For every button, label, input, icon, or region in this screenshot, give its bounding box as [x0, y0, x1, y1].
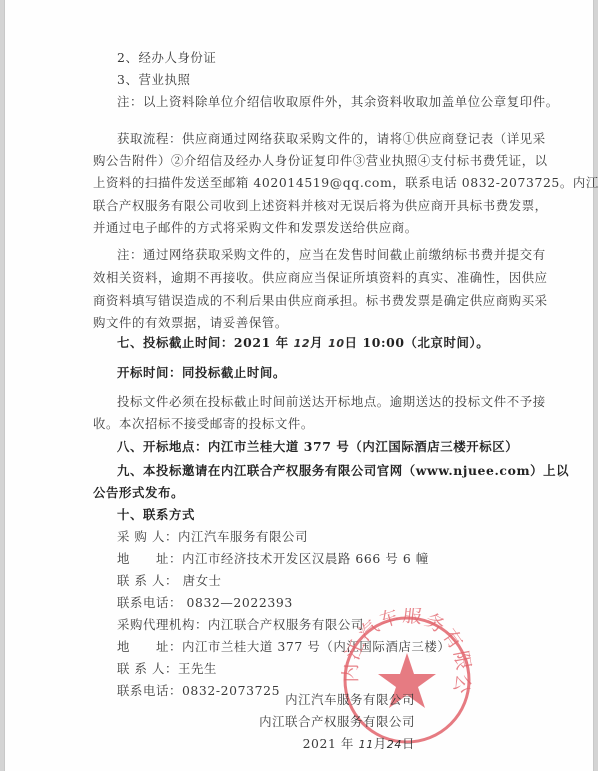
network-note-line: 注：通过网络获取采购文件的，应当在发售时间截止前缴纳标书费并提交有 [117, 245, 546, 263]
deadline-line: 七、投标截止时间：2021 年 12月 10日 10:00（北京时间）。 [117, 333, 489, 351]
document-page: 2、经办人身份证 3、营业执照 注：以上资料除单位介绍信收取原件外，其余资料收取… [4, 0, 594, 771]
deadline-month-handwritten: 12 [294, 337, 311, 350]
date-day-handwritten: 24 [387, 738, 402, 751]
process-line: 获取流程：供应商通过网络获取采购文件的，请将①供应商登记表（详见采 [117, 129, 546, 147]
signature-org-2: 内江联合产权服务有限公司 [259, 712, 415, 730]
signature-org-1: 内江汽车服务有限公司 [285, 690, 415, 708]
material-item-2: 2、经办人身份证 [117, 48, 216, 66]
network-note-line: 购文件的有效票据，请妥善保管。 [93, 313, 288, 331]
process-line: 并通过电子邮件的方式将采购文件和发票发送给供应商。 [93, 218, 418, 236]
date-day-label: 日 [402, 736, 415, 751]
agency-address: 地 址：内江市兰桂大道 377 号（内江国际酒店三楼） [117, 637, 450, 655]
process-line: 上资料的扫描件发送至邮箱 402014519@qq.com，联系电话 0832-… [93, 173, 598, 191]
signature-date: 2021 年 11月24日 [303, 734, 415, 752]
date-month-label: 月 [374, 736, 387, 751]
submission-line: 投标文件必须在投标截止时间前送达开标地点。逾期送达的投标文件不予接 [117, 392, 546, 410]
purchaser-address: 地 址：内江市经济技术开发区汉晨路 666 号 6 幢 [117, 549, 429, 567]
process-line: 购公告附件）②介绍信及经办人身份证复印件③营业执照④支付标书费凭证，以 [93, 151, 548, 169]
deadline-prefix: 七、投标截止时间：2021 年 [117, 335, 289, 350]
deadline-suffix: 日 10:00（北京时间）。 [345, 335, 490, 350]
purchaser-contact: 联 系 人： 唐女士 [117, 571, 222, 589]
agency-phone: 联系电话：0832-2073725 [117, 681, 280, 699]
deadline-month-label: 月 [310, 335, 323, 350]
publish-line: 九、本投标邀请在内江联合产权服务有限公司官网（www.njuee.com）上以 [117, 461, 569, 479]
date-month-handwritten: 11 [359, 738, 374, 751]
material-item-3: 3、营业执照 [117, 70, 190, 88]
process-line: 联合产权服务有限公司收到上述资料并核对无误后将为供应商开具标书费发票， [93, 196, 548, 214]
network-note-line: 效相关资料，逾期不再接收。供应商应当保证所填资料的真实、准确性，因供应 [93, 268, 548, 286]
materials-note: 注：以上资料除单位介绍信收取原件外，其余资料收取加盖单位公章复印件。 [117, 92, 559, 110]
publish-line: 公告形式发布。 [93, 483, 184, 501]
agency-contact: 联 系 人：王先生 [117, 659, 217, 677]
opening-location: 八、开标地点：内江市兰桂大道 377 号（内江国际酒店三楼开标区） [117, 437, 518, 455]
submission-line: 收。本次招标不接受邮寄的投标文件。 [93, 414, 314, 432]
agency-name: 采购代理机构：内江联合产权服务有限公司 [117, 615, 364, 633]
purchaser-name: 采 购 人：内江汽车服务有限公司 [117, 527, 308, 545]
deadline-day-handwritten: 10 [328, 337, 345, 350]
contacts-heading: 十、联系方式 [117, 505, 195, 523]
opening-time: 开标时间：同投标截止时间。 [117, 363, 286, 381]
date-prefix: 2021 年 [303, 736, 354, 751]
purchaser-phone: 联系电话： 0832—2022393 [117, 593, 293, 611]
network-note-line: 商资料填写错误造成的不利后果由供应商承担。标书费发票是确定供应商购买采 [93, 291, 548, 309]
